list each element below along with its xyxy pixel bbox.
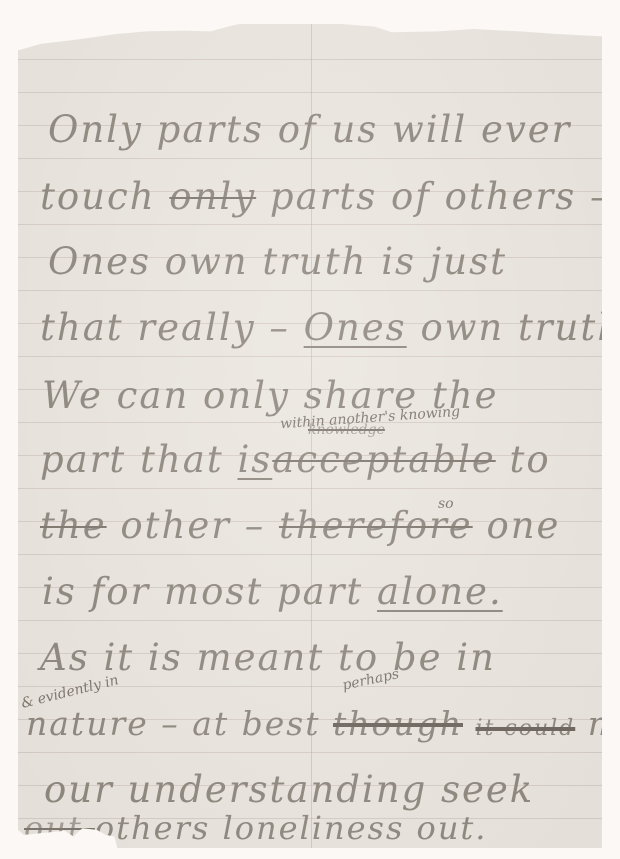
line-text-pre: other – [107, 504, 279, 547]
document-scan: Only parts of us will ever touch only pa… [0, 0, 620, 859]
handwritten-line-4: that really – Ones own truth. [40, 308, 620, 348]
underlined-word: Ones [304, 306, 407, 349]
line-text-post: to [496, 438, 551, 481]
handwritten-line-3: Ones own truth is just [48, 242, 507, 282]
struck-word-the: the [40, 504, 107, 547]
struck-word: only [169, 175, 256, 218]
struck-word: acceptable [272, 438, 495, 481]
struck-word-faint: out [24, 809, 95, 847]
handwritten-line-9: As it is meant to be in [40, 638, 496, 678]
underlined-word: alone. [377, 570, 503, 613]
line-text-post: others loneliness out. [95, 809, 488, 847]
handwritten-line-8: is for most part alone. [42, 572, 503, 612]
line-text-pre: is for most part [42, 570, 377, 613]
line-text-post: parts of others – [256, 175, 610, 218]
scribbled-word: though [333, 704, 463, 743]
handwritten-line-2: touch only parts of others – [40, 177, 611, 217]
handwritten-line-12: out others loneliness out. [24, 808, 487, 848]
underlined-word: is [237, 438, 272, 481]
line-text: our understanding seek [44, 768, 534, 811]
line-text-pre: that really – [40, 306, 304, 349]
handwritten-line-6: part that isacceptable to [40, 440, 551, 480]
line-text-post: make [575, 704, 620, 743]
annotation-struck-knowledge: knowledge [308, 422, 385, 438]
handwritten-line-7: the other – therefore one [40, 506, 560, 546]
scribbled-insert: it could [476, 716, 576, 741]
line-text-pre: nature – at best [26, 704, 333, 743]
ruled-paper-sheet: Only parts of us will ever touch only pa… [18, 24, 602, 848]
struck-word: therefore [279, 504, 473, 547]
line-text: Only parts of us will ever [48, 108, 571, 151]
handwritten-line-1: Only parts of us will ever [48, 110, 571, 150]
line-text: As it is meant to be in [40, 636, 496, 679]
line-text: Ones own truth is just [48, 240, 507, 283]
line-text-post: one [473, 504, 561, 547]
handwritten-line-10: nature – at best though it could make [26, 704, 620, 749]
handwritten-line-11: our understanding seek [44, 770, 534, 810]
line-text-post: own truth. [407, 306, 620, 349]
line-text-pre: part that [40, 438, 237, 481]
line-text-pre: touch [40, 175, 169, 218]
